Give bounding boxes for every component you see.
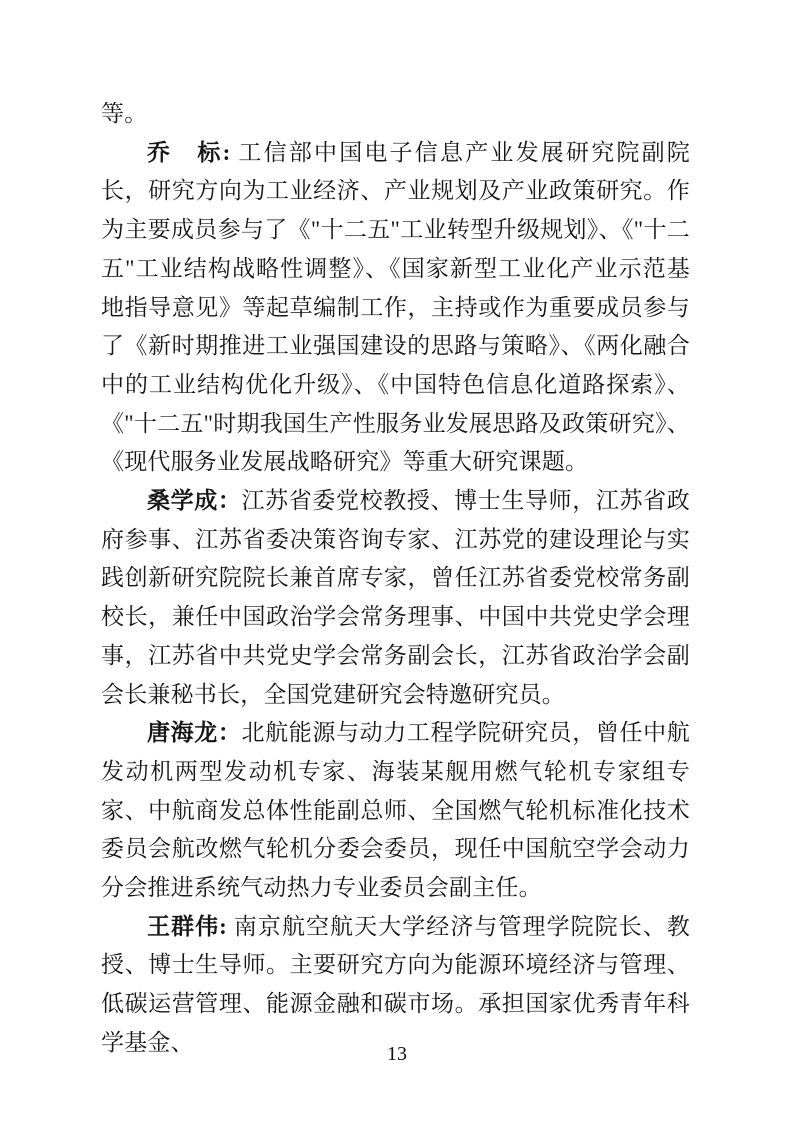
person-name: 桑学成： [147,488,242,513]
person-name: 王群伟: [147,914,227,939]
document-page: 等。 乔 标: 工信部中国电子信息产业发展研究院副院长，研究方向为工业经济、产业… [0,0,794,1123]
paragraph-text: 工信部中国电子信息产业发展研究院副院长，研究方向为工业经济、产业规划及产业政策研… [101,140,690,475]
paragraph-tang-hailong: 唐海龙：北航能源与动力工程学院研究员，曾任中航发动机两型发动机专家、海装某舰用燃… [101,714,690,908]
paragraph-text: 北航能源与动力工程学院研究员，曾任中航发动机两型发动机专家、海装某舰用燃气轮机专… [101,720,690,900]
page-number: 13 [0,1040,794,1068]
paragraph-text: 等。 [101,101,147,126]
paragraph-qiao-biao: 乔 标: 工信部中国电子信息产业发展研究院副院长，研究方向为工业经济、产业规划及… [101,134,690,482]
person-name: 唐海龙： [147,720,242,745]
person-name: 乔 标: [147,140,230,165]
paragraph-sang-xuecheng: 桑学成：江苏省委党校教授、博士生导师，江苏省政府参事、江苏省委决策咨询专家、江苏… [101,482,690,714]
document-body: 等。 乔 标: 工信部中国电子信息产业发展研究院副院长，研究方向为工业经济、产业… [101,95,690,1063]
paragraph-continuation: 等。 [101,95,690,134]
paragraph-text: 江苏省委党校教授、博士生导师，江苏省政府参事、江苏省委决策咨询专家、江苏党的建设… [101,488,690,707]
